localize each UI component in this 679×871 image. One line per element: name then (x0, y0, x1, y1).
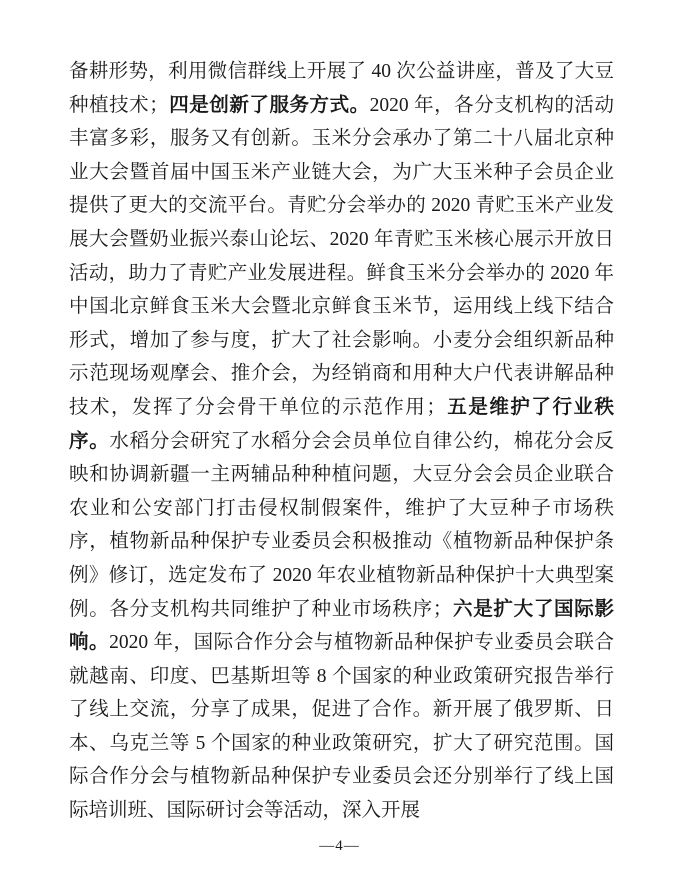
page-number: —4— (0, 838, 679, 855)
document-page: 备耕形势，利用微信群线上开展了 40 次公益讲座，普及了大豆种植技术；四是创新了… (0, 0, 679, 871)
body-paragraph: 备耕形势，利用微信群线上开展了 40 次公益讲座，普及了大豆种植技术；四是创新了… (69, 55, 614, 828)
text-run-point-six-body: 2020 年，国际合作分会与植物新品种保护专业委员会联合就越南、印度、巴基斯坦等… (69, 632, 614, 821)
subhead-point-four: 四是创新了服务方式。 (169, 95, 370, 116)
text-run-point-five-body: 水稻分会研究了水稻分会会员单位自律公约，棉花分会反映和协调新疆一主两辅品种种植问… (69, 431, 614, 620)
text-run-point-four-body: 2020 年，各分支机构的活动丰富多彩，服务又有创新。玉米分会承办了第二十八届北… (69, 95, 614, 418)
